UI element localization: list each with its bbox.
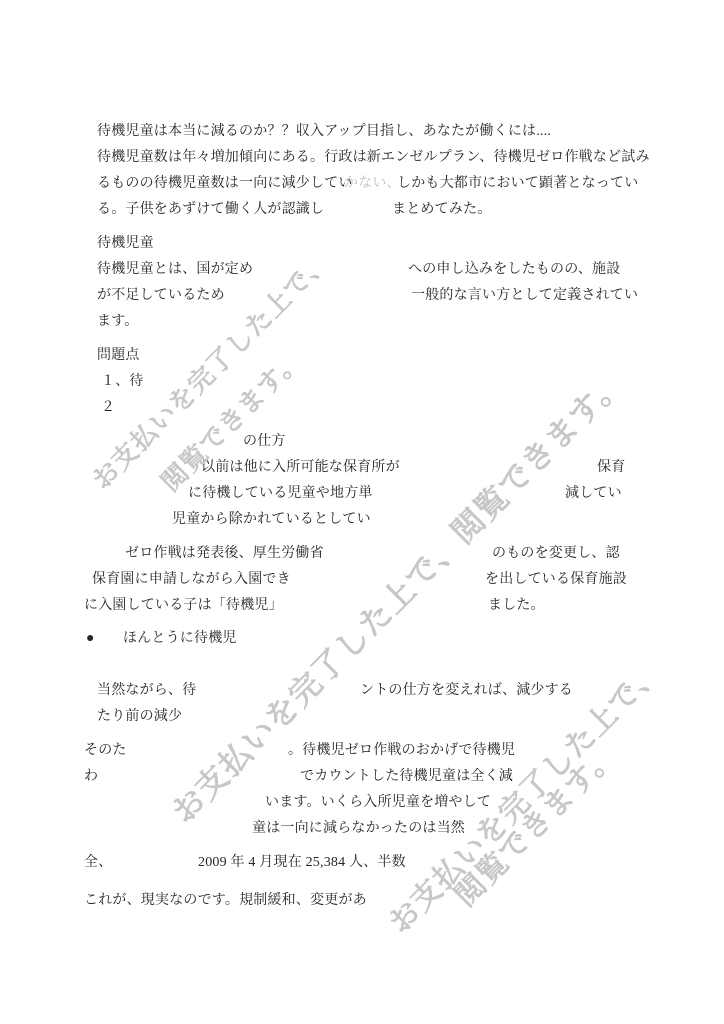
text-segment: 待機児童数は年々増加傾向にある。行政は新エンゼルプラン、待機児ゼロ作戦など試み — [97, 149, 650, 167]
text-segment: のものを変更し、認 — [492, 545, 620, 563]
text-segment: たり前の減少 — [97, 708, 182, 726]
text-segment: 待機児童とは、国が定め — [97, 261, 253, 279]
text-segment: 保育園に申請しながら入園でき — [92, 571, 291, 589]
text-segment: 2009 年 4 月現在 25,384 人、半数 — [198, 854, 406, 872]
text-segment: ２ — [101, 399, 115, 417]
text-segment: の仕方 — [243, 433, 286, 451]
text-segment: ● — [86, 630, 95, 648]
text-segment: ました。 — [488, 597, 545, 615]
text-segment: 児童から除かれているとしてい — [172, 511, 371, 529]
text-segment: る。子供をあずけて働く人が認識し — [97, 201, 324, 219]
text-segment: これが、現実なのです。規制緩和、変更があ — [84, 892, 367, 910]
document-page: 待機児童は本当に減るのか？？収入アップ目指し、あなたが働くには....待機児童数… — [0, 0, 724, 1024]
text-segment: ます。 — [97, 313, 138, 331]
text-segment: るものの待機児童数は一向に減少してい — [97, 175, 353, 193]
text-segment: への申し込みをしたものの、施設 — [408, 261, 620, 279]
text-segment: に入園している子は「待機児」 — [84, 597, 283, 615]
text-segment: 以前は他に入所可能な保育所が — [201, 459, 400, 477]
text-segment: わ — [84, 768, 98, 786]
text-segment: ゼロ作戦は発表後、厚生労働省 — [125, 545, 324, 563]
text-segment: 問題点 — [97, 347, 140, 365]
text-segment: ントの仕方を変えれば、減少する — [360, 682, 573, 700]
text-segment: 保育 — [597, 459, 625, 477]
text-segment: かない、 — [344, 175, 401, 193]
text-segment: まとめてみた。 — [392, 201, 491, 219]
text-segment: 一般的な言い方として定義されてい — [411, 287, 638, 305]
text-segment: 待機児童 — [97, 235, 154, 253]
text-segment: 童は一向に減らなかったのは当然 — [252, 820, 465, 838]
text-segment: １、待 — [101, 373, 144, 391]
text-segment: を出している保育施設 — [485, 571, 627, 589]
text-segment: 待機児童は本当に減るのか？？収入アップ目指し、あなたが働くには.... — [97, 123, 551, 141]
text-segment: そのた — [84, 742, 127, 760]
text-segment: しかも大都市において顕著となってい — [397, 175, 638, 193]
text-segment: に待機している児童や地方単 — [188, 485, 373, 503]
text-segment: 。待機児ゼロ作戦のおかげで待機児 — [288, 742, 515, 760]
text-segment: が不足しているため — [97, 287, 225, 305]
text-segment: 減してい — [565, 485, 622, 503]
text-segment: 当然ながら、待 — [97, 682, 196, 700]
text-segment: います。いくら入所児童を増やして — [265, 794, 491, 812]
text-segment: 全、 — [84, 854, 112, 872]
text-segment: ほんとうに待機児 — [123, 630, 237, 648]
text-segment: でカウントした待機児童は全く減 — [300, 768, 513, 786]
